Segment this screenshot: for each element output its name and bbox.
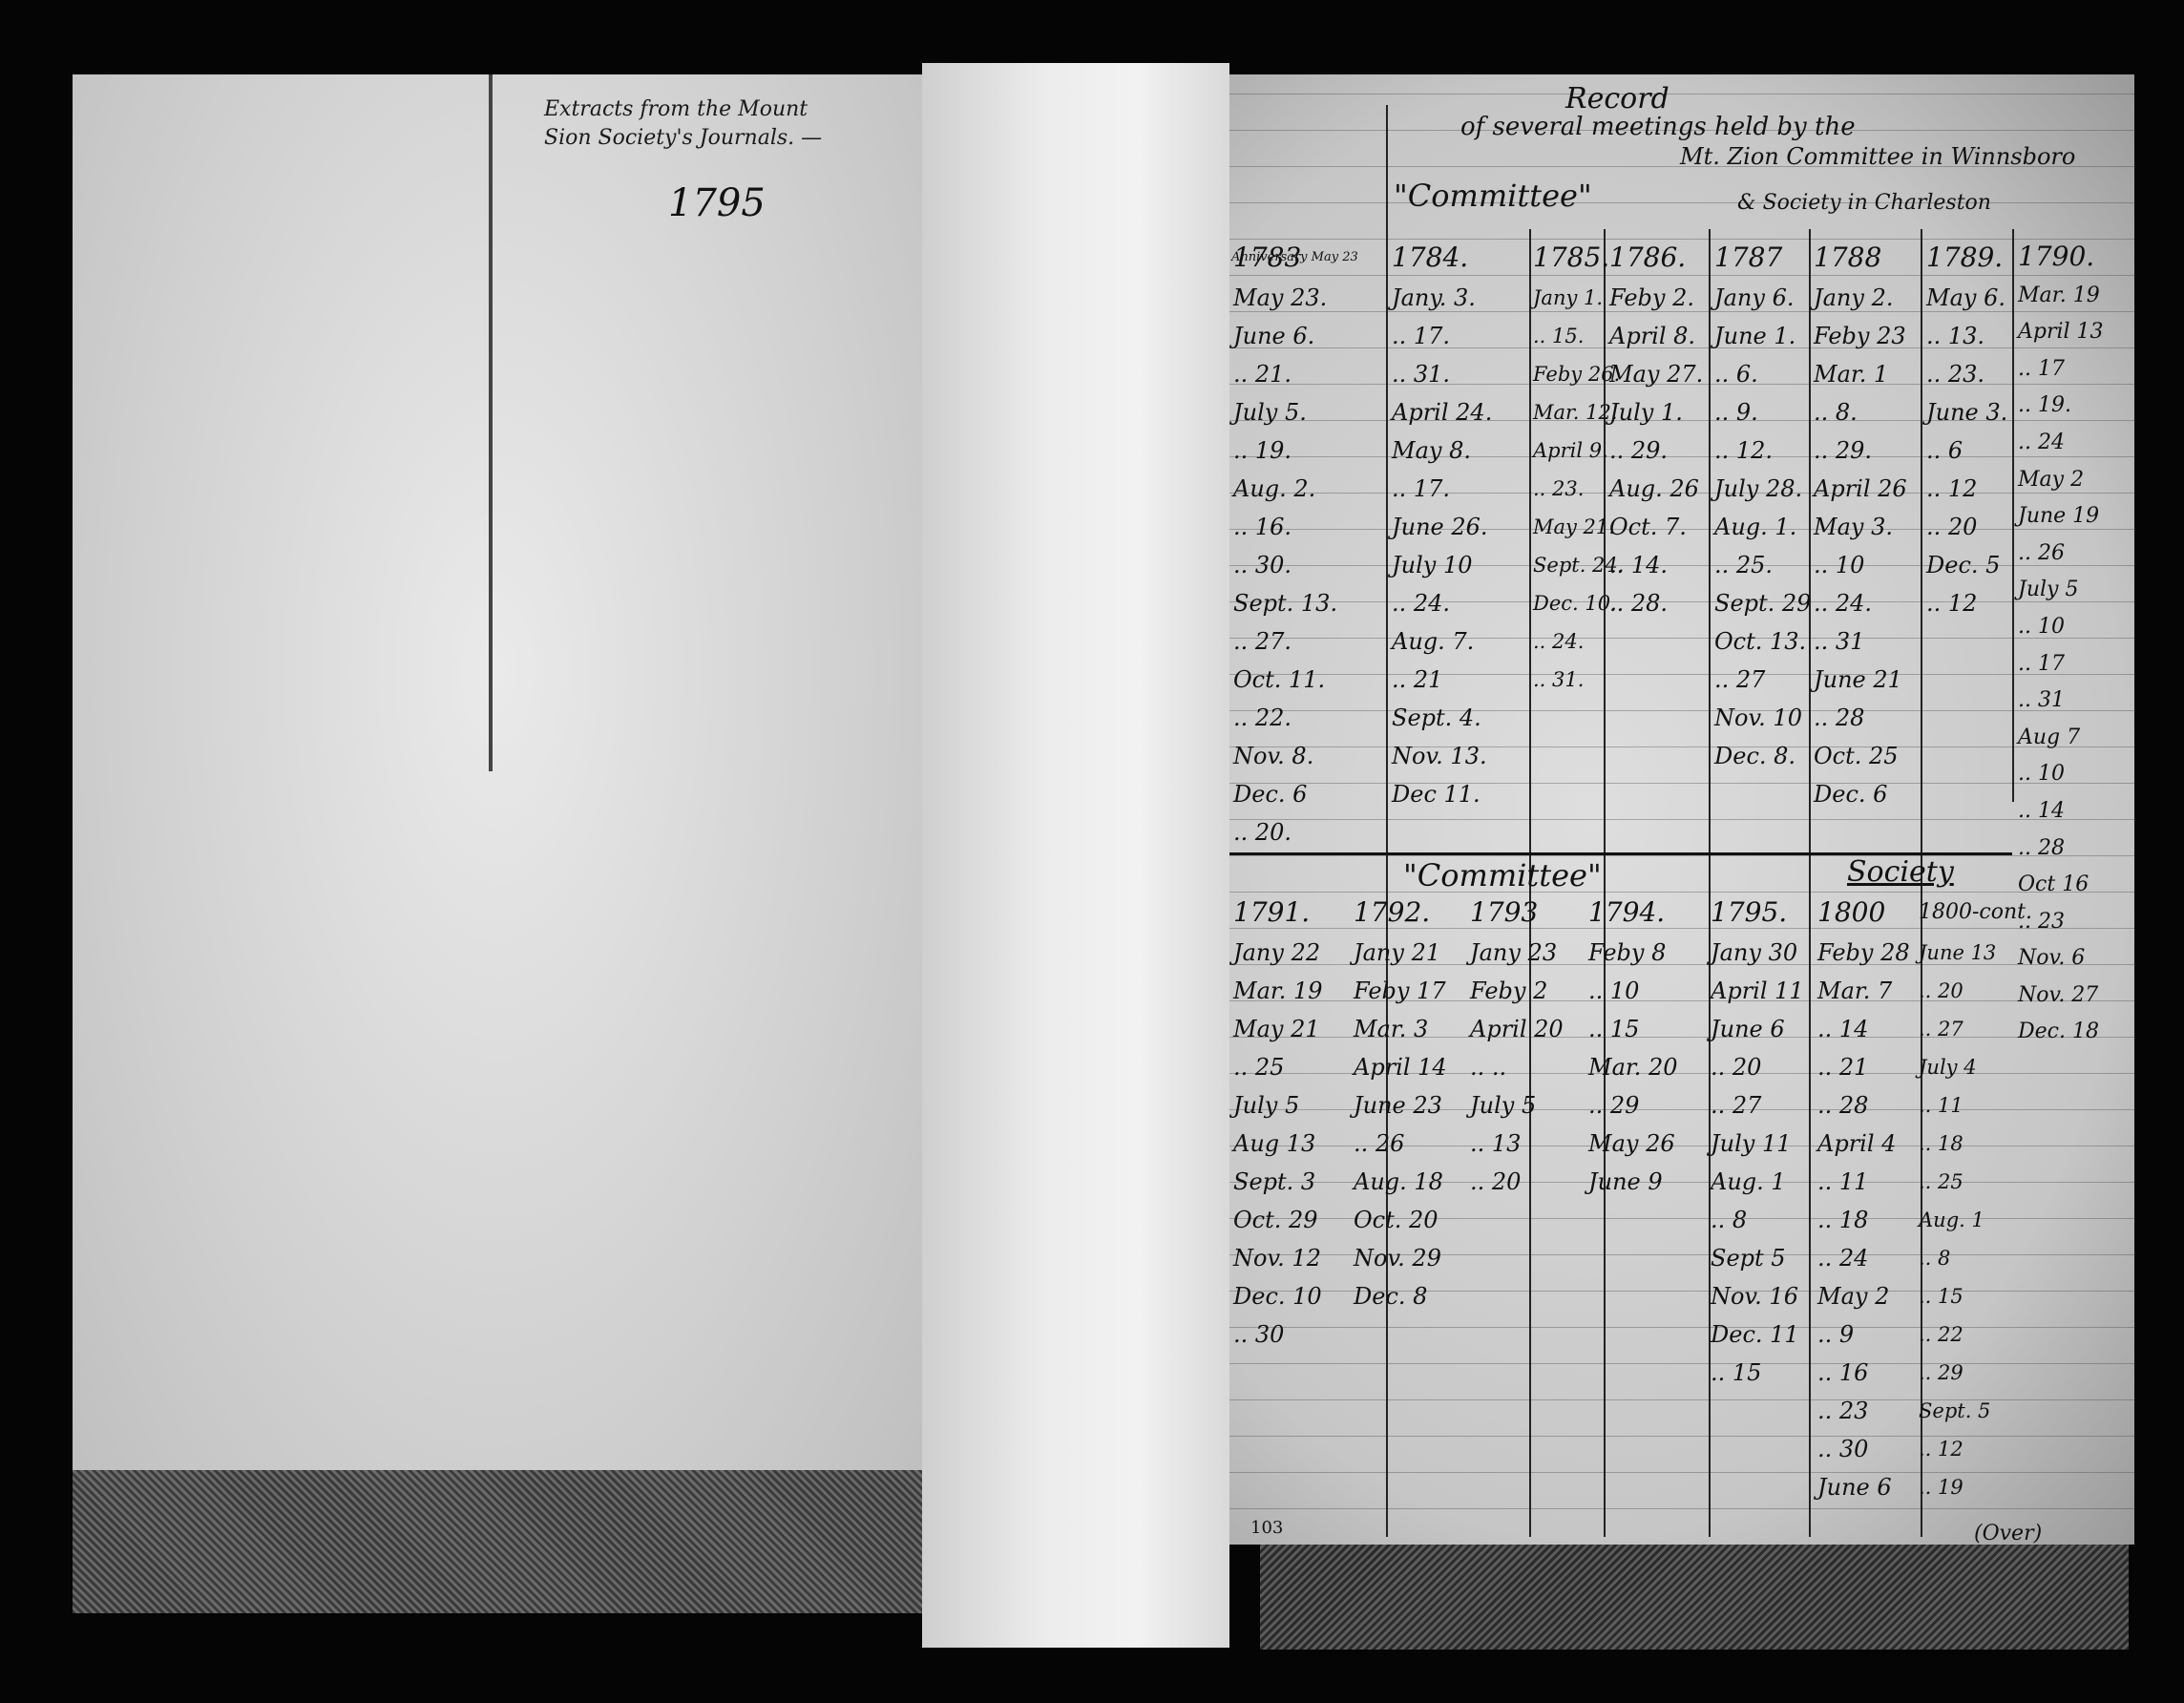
meeting-date: July 1. <box>1609 393 1703 431</box>
meeting-date: May 8. <box>1392 431 1492 470</box>
meeting-date: June 21 <box>1814 661 1907 699</box>
meeting-date: Oct. 13. <box>1714 622 1811 661</box>
note-line-2: Sion Society's Journals. — <box>544 124 888 153</box>
meeting-date: Mar. 1 <box>1814 355 1907 393</box>
meeting-date: Aug. 26 <box>1609 470 1703 508</box>
meeting-date: .. 18 <box>1817 1201 1910 1239</box>
meeting-date: Oct. 29 <box>1233 1201 1323 1239</box>
meeting-date: .. 13 <box>1470 1125 1564 1163</box>
column-year: 1793 <box>1470 894 1564 932</box>
meeting-date: July 5. <box>1233 393 1337 431</box>
meeting-date: Oct. 7. <box>1609 508 1703 546</box>
meeting-date: June 6 <box>1817 1468 1910 1506</box>
column-year: 1791. <box>1233 894 1323 932</box>
meeting-date: Aug. 18 <box>1354 1163 1447 1201</box>
meeting-date: Nov. 10 <box>1714 699 1811 737</box>
meeting-date: Feby 2. <box>1609 279 1703 317</box>
column-year: 1795. <box>1711 894 1804 932</box>
meeting-date: .. 13. <box>1926 317 2007 355</box>
column-year: 1800-cont. <box>1919 894 2032 932</box>
meeting-date: .. 25. <box>1714 546 1811 584</box>
meeting-date: April 20 <box>1470 1010 1564 1048</box>
column-year: 1792. <box>1354 894 1447 932</box>
meeting-date: Dec. 8 <box>1354 1277 1447 1315</box>
meeting-date: April 26 <box>1814 470 1907 508</box>
meeting-date: July 5 <box>1233 1086 1323 1125</box>
meeting-date: Aug. 1. <box>1714 508 1811 546</box>
meeting-date: July 11 <box>1711 1125 1804 1163</box>
meeting-date: April 4 <box>1817 1125 1910 1163</box>
meeting-date: .. 25 <box>1233 1048 1323 1086</box>
upper-col-1784: 1784. Jany. 3... 17... 31.April 24.May 8… <box>1392 239 1492 813</box>
meeting-date: .. 9. <box>1714 393 1811 431</box>
upper-col-1787: 1787 Jany 6.June 1... 6... 9... 12.July … <box>1714 239 1811 775</box>
column-year: 1783 <box>1233 239 1337 277</box>
meeting-date: June 23 <box>1354 1086 1447 1125</box>
meeting-date: Dec 11. <box>1392 775 1492 813</box>
meeting-date: Mar. 7 <box>1817 972 1910 1010</box>
meeting-date: .. 22 <box>1919 1315 2032 1354</box>
meeting-date: May 21 <box>1233 1010 1323 1048</box>
meeting-date: .. 14 <box>2018 793 2104 830</box>
meeting-date: June 19 <box>2018 498 2104 536</box>
meeting-date: .. 19. <box>2018 388 2104 425</box>
meeting-date: .. 10 <box>1588 972 1678 1010</box>
meeting-date: Jany 6. <box>1714 279 1811 317</box>
meeting-date: .. 28 <box>1814 699 1907 737</box>
meeting-date: .. 10 <box>1814 546 1907 584</box>
meeting-date: June 26. <box>1392 508 1492 546</box>
meeting-date: .. 29. <box>1609 431 1703 470</box>
upper-col-1786: 1786. Feby 2.April 8.May 27.July 1... 29… <box>1609 239 1703 622</box>
left-page <box>73 74 922 1564</box>
meeting-date: May 3. <box>1814 508 1907 546</box>
meeting-date: Jany 22 <box>1233 934 1323 972</box>
meeting-date: .. 26 <box>2018 536 2104 573</box>
meeting-date: Aug. 2. <box>1233 470 1337 508</box>
left-page-note: Extracts from the Mount Sion Society's J… <box>544 95 888 153</box>
column-year: 1800 <box>1817 894 1910 932</box>
meeting-date: Sept 5 <box>1711 1239 1804 1277</box>
meeting-date: Nov. 8. <box>1233 737 1337 775</box>
meeting-date: .. 17 <box>2018 646 2104 683</box>
meeting-date: Feby 23 <box>1814 317 1907 355</box>
meeting-date: Aug. 7. <box>1392 622 1492 661</box>
meeting-date: Nov. 13. <box>1392 737 1492 775</box>
meeting-date: Nov. 29 <box>1354 1239 1447 1277</box>
meeting-date: Feby 17 <box>1354 972 1447 1010</box>
meeting-date: .. 17. <box>1392 317 1492 355</box>
meeting-date: .. 10 <box>2018 609 2104 646</box>
meeting-date: .. 6. <box>1714 355 1811 393</box>
meeting-date: June 9 <box>1588 1163 1678 1201</box>
meeting-date: April 11 <box>1711 972 1804 1010</box>
meeting-date: Nov. 16 <box>1711 1277 1804 1315</box>
meeting-date: .. .. <box>1470 1048 1564 1086</box>
meeting-date: Jany 23 <box>1470 934 1564 972</box>
meeting-date: .. 24 <box>1817 1239 1910 1277</box>
meeting-date: Sept. 5 <box>1919 1392 2032 1430</box>
meeting-date: Feby 2 <box>1470 972 1564 1010</box>
meeting-date: .. 15 <box>1588 1010 1678 1048</box>
meeting-date: .. 26 <box>1354 1125 1447 1163</box>
meeting-date: .. 8 <box>1711 1201 1804 1239</box>
meeting-date: .. 23. <box>1926 355 2007 393</box>
meeting-date: .. 24. <box>1814 584 1907 622</box>
meeting-date: Dec. 5 <box>1926 546 2007 584</box>
record-subtitle-1: of several meetings held by the <box>1460 113 1856 141</box>
meeting-date: .. 30 <box>1817 1430 1910 1468</box>
meeting-date: .. 21 <box>1817 1048 1910 1086</box>
meeting-date: .. 20 <box>1919 972 2032 1010</box>
meeting-date: .. 20 <box>1926 508 2007 546</box>
meeting-date: Oct. 25 <box>1814 737 1907 775</box>
meeting-date: May 26 <box>1588 1125 1678 1163</box>
meeting-date: .. 19 <box>1919 1468 2032 1506</box>
meeting-date: July 4 <box>1919 1048 2032 1086</box>
column-rule <box>1386 105 1388 1537</box>
meeting-date: Dec. 10 <box>1233 1277 1323 1315</box>
meeting-date: .. 16 <box>1817 1354 1910 1392</box>
meeting-date: .. 6 <box>1926 431 2007 470</box>
meeting-date: Dec. 6 <box>1814 775 1907 813</box>
meeting-date: Sept. 3 <box>1233 1163 1323 1201</box>
meeting-date: .. 31 <box>2018 683 2104 720</box>
middle-paper-strip <box>922 63 1229 1648</box>
upper-committee-label: "Committee" <box>1394 178 1592 214</box>
meeting-date: .. 27 <box>1714 661 1811 699</box>
meeting-date: Sept. 4. <box>1392 699 1492 737</box>
lower-col-1794: 1794. Feby 8.. 10.. 15Mar. 20.. 29May 26… <box>1588 894 1678 1201</box>
society-label: Society <box>1847 855 1954 889</box>
meeting-date: .. 23 <box>1817 1392 1910 1430</box>
record-subtitle-2: Mt. Zion Committee in Winnsboro <box>1680 143 2075 170</box>
meeting-date: Mar. 3 <box>1354 1010 1447 1048</box>
meeting-date: May 2 <box>1817 1277 1910 1315</box>
meeting-date: Jany 21 <box>1354 934 1447 972</box>
column-rule <box>2012 229 2014 802</box>
lower-col-1793: 1793 Jany 23Feby 2April 20.. ..July 5.. … <box>1470 894 1564 1201</box>
lower-col-1795: 1795. Jany 30April 11June 6.. 20.. 27Jul… <box>1711 894 1804 1392</box>
meeting-date: May 2 <box>2018 462 2104 499</box>
meeting-date: Nov. 12 <box>1233 1239 1323 1277</box>
meeting-date: .. 24. <box>1533 622 1624 661</box>
meeting-date: Oct. 20 <box>1354 1201 1447 1239</box>
meeting-date: .. 24. <box>1392 584 1492 622</box>
page-number: 103 <box>1250 1518 1283 1538</box>
meeting-date: Dec. 6 <box>1233 775 1337 813</box>
meeting-date: .. 31. <box>1392 355 1492 393</box>
meeting-date: Jany. 3. <box>1392 279 1492 317</box>
left-page-backing <box>73 1470 922 1613</box>
meeting-date: June 1. <box>1714 317 1811 355</box>
meeting-date: Aug 7 <box>2018 720 2104 757</box>
meeting-date: .. 15 <box>1711 1354 1804 1392</box>
meeting-date: .. 12. <box>1714 431 1811 470</box>
meeting-date: .. 24 <box>2018 425 2104 462</box>
page-fold <box>489 74 493 771</box>
lower-col-1800-cont: 1800-cont. June 13.. 20.. 27July 4.. 11.… <box>1919 894 2032 1506</box>
meeting-date: June 6 <box>1711 1010 1804 1048</box>
meeting-date: .. 28 <box>1817 1086 1910 1125</box>
over-note: (Over) <box>1974 1522 2042 1545</box>
upper-col-1783: 1783 May 23.June 6... 21.July 5... 19.Au… <box>1233 239 1337 851</box>
meeting-date: April 14 <box>1354 1048 1447 1086</box>
meeting-date: Sept. 29 <box>1714 584 1811 622</box>
meeting-date: .. 20 <box>1711 1048 1804 1086</box>
meeting-date: Dec. 11 <box>1711 1315 1804 1354</box>
meeting-date: Aug. 1 <box>1919 1201 2032 1239</box>
meeting-date: Feby 28 <box>1817 934 1910 972</box>
column-year: 1790. <box>2018 239 2104 276</box>
meeting-date: Mar. 19 <box>2018 278 2104 315</box>
left-page-year: 1795 <box>668 181 766 225</box>
meeting-date: .. 19. <box>1233 431 1337 470</box>
meeting-date: Jany 2. <box>1814 279 1907 317</box>
meeting-date: .. 28 <box>2018 830 2104 868</box>
meeting-date: May 27. <box>1609 355 1703 393</box>
record-subtitle-3: & Society in Charleston <box>1737 191 1991 215</box>
meeting-date: .. 22. <box>1233 699 1337 737</box>
meeting-date: .. 10 <box>2018 756 2104 793</box>
meeting-date: June 3. <box>1926 393 2007 431</box>
meeting-date: July 28. <box>1714 470 1811 508</box>
meeting-date: .. 9 <box>1817 1315 1910 1354</box>
meeting-date: June 13 <box>1919 934 2032 972</box>
meeting-date: .. 11 <box>1919 1086 2032 1125</box>
meeting-date: .. 30. <box>1233 546 1337 584</box>
meeting-date: Sept. 13. <box>1233 584 1337 622</box>
meeting-date: Dec. 8. <box>1714 737 1811 775</box>
meeting-date: .. 17 <box>2018 351 2104 389</box>
meeting-date: .. 27. <box>1233 622 1337 661</box>
meeting-date: .. 29 <box>1588 1086 1678 1125</box>
meeting-date: .. 31 <box>1814 622 1907 661</box>
lower-committee-label: "Committee" <box>1403 857 1602 894</box>
meeting-date: April 8. <box>1609 317 1703 355</box>
meeting-date: .. 29 <box>1919 1354 2032 1392</box>
column-year: 1787 <box>1714 239 1811 277</box>
meeting-date: June 6. <box>1233 317 1337 355</box>
record-title: Record <box>1565 82 1669 116</box>
meeting-date: .. 12 <box>1926 584 2007 622</box>
meeting-date: .. 8 <box>1919 1239 2032 1277</box>
meeting-date: April 13 <box>2018 314 2104 351</box>
upper-col-1788: 1788 Jany 2.Feby 23Mar. 1.. 8... 29.Apri… <box>1814 239 1907 813</box>
meeting-date: .. 18 <box>1919 1125 2032 1163</box>
lower-col-1800: 1800 Feby 28Mar. 7.. 14.. 21.. 28April 4… <box>1817 894 1910 1506</box>
meeting-date: Mar. 20 <box>1588 1048 1678 1086</box>
meeting-date: .. 15 <box>1919 1277 2032 1315</box>
meeting-date: July 5 <box>1470 1086 1564 1125</box>
meeting-date: .. 20 <box>1470 1163 1564 1201</box>
meeting-date: Jany 30 <box>1711 934 1804 972</box>
right-page-backing <box>1260 1545 2129 1650</box>
meeting-date: .. 11 <box>1817 1163 1910 1201</box>
meeting-date: .. 14. <box>1609 546 1703 584</box>
meeting-date: Aug 13 <box>1233 1125 1323 1163</box>
lower-col-1791: 1791. Jany 22Mar. 19May 21.. 25July 5Aug… <box>1233 894 1323 1354</box>
meeting-date: .. 27 <box>1711 1086 1804 1125</box>
meeting-date: .. 8. <box>1814 393 1907 431</box>
meeting-date: July 5 <box>2018 572 2104 609</box>
meeting-date: .. 21 <box>1392 661 1492 699</box>
column-year: 1794. <box>1588 894 1678 932</box>
lower-col-1792: 1792. Jany 21Feby 17Mar. 3April 14June 2… <box>1354 894 1447 1315</box>
column-year: 1786. <box>1609 239 1703 277</box>
meeting-date: .. 21. <box>1233 355 1337 393</box>
meeting-date: .. 20. <box>1233 813 1337 851</box>
meeting-date: May 23. <box>1233 279 1337 317</box>
meeting-date: July 10 <box>1392 546 1492 584</box>
meeting-date: .. 16. <box>1233 508 1337 546</box>
meeting-date: .. 28. <box>1609 584 1703 622</box>
meeting-date: .. 25 <box>1919 1163 2032 1201</box>
meeting-date: .. 29. <box>1814 431 1907 470</box>
meeting-date: .. 17. <box>1392 470 1492 508</box>
meeting-date: Feby 8 <box>1588 934 1678 972</box>
column-year: 1784. <box>1392 239 1492 277</box>
meeting-date: .. 30 <box>1233 1315 1323 1354</box>
meeting-date: .. 27 <box>1919 1010 2032 1048</box>
meeting-date: Mar. 19 <box>1233 972 1323 1010</box>
meeting-date: April 24. <box>1392 393 1492 431</box>
column-year: 1788 <box>1814 239 1907 277</box>
meeting-date: Aug. 1 <box>1711 1163 1804 1201</box>
meeting-date: May 6. <box>1926 279 2007 317</box>
meeting-date: .. 12 <box>1919 1430 2032 1468</box>
meeting-date: .. 14 <box>1817 1010 1910 1048</box>
meeting-date: .. 31. <box>1533 661 1624 699</box>
meeting-date: Oct. 11. <box>1233 661 1337 699</box>
column-year: 1789. <box>1926 239 2007 277</box>
note-line-1: Extracts from the Mount <box>544 95 888 124</box>
upper-col-1789: 1789. May 6... 13... 23.June 3... 6.. 12… <box>1926 239 2007 622</box>
meeting-date: .. 12 <box>1926 470 2007 508</box>
